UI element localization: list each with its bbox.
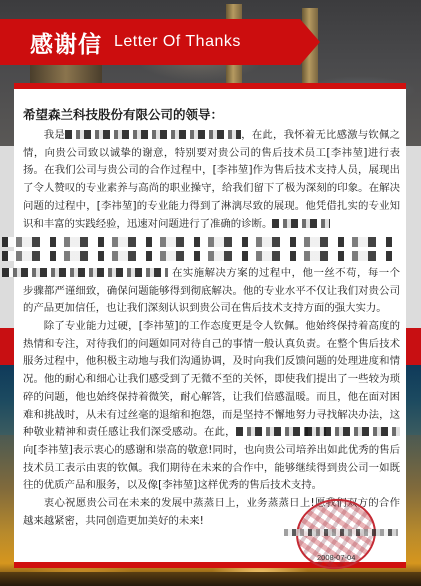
banner-title-chinese: 感谢信 (30, 26, 102, 59)
letter-card: 希望森兰科技股份有限公司的领导： 我是，在此，我怀着无比感激与钦佩之情，向贵公司… (14, 83, 406, 568)
redacted-text (2, 268, 168, 277)
title-banner: 感谢信 Letter Of Thanks (0, 19, 300, 65)
paragraph-1-body: ，在此，我怀着无比感激与钦佩之情，向贵公司致以诚挚的谢意，特别要对贵公司的售后技… (23, 129, 400, 230)
letter-salutation: 希望森兰科技股份有限公司的领导： (23, 105, 223, 123)
redacted-text-line (2, 251, 400, 261)
skyline-silhouette (0, 572, 421, 586)
paragraph-1: 我是，在此，我怀着无比感激与钦佩之情，向贵公司致以诚挚的谢意，特别要对贵公司的售… (23, 127, 400, 318)
redacted-company-name (305, 427, 400, 436)
letter-body: 我是，在此，我怀着无比感激与钦佩之情，向贵公司致以诚挚的谢意，特别要对贵公司的售… (23, 127, 400, 530)
redacted-signature (284, 529, 398, 536)
paragraph-2-end: 向[李祎堃]表示衷心的感谢和崇高的敬意!同时，也向贵公司培养出如此优秀的售后技术… (23, 444, 400, 491)
redacted-text-line (2, 237, 400, 247)
paragraph-1-start: 我是 (44, 129, 65, 141)
redacted-text (272, 219, 330, 228)
paragraph-2: 除了专业能力过硬，[李祎堃]的工作态度更是令人钦佩。他始终保持着高度的热情和专注… (23, 318, 400, 495)
stamp-date: 2008-07-04 (317, 553, 355, 562)
banner-title-english: Letter Of Thanks (114, 33, 241, 51)
redacted-company-name (65, 130, 241, 139)
paragraph-2-start: 除了专业能力过硬，[李祎堃]的工作态度更是令人钦佩。他始终保持着高度的热情和专注… (23, 320, 400, 438)
